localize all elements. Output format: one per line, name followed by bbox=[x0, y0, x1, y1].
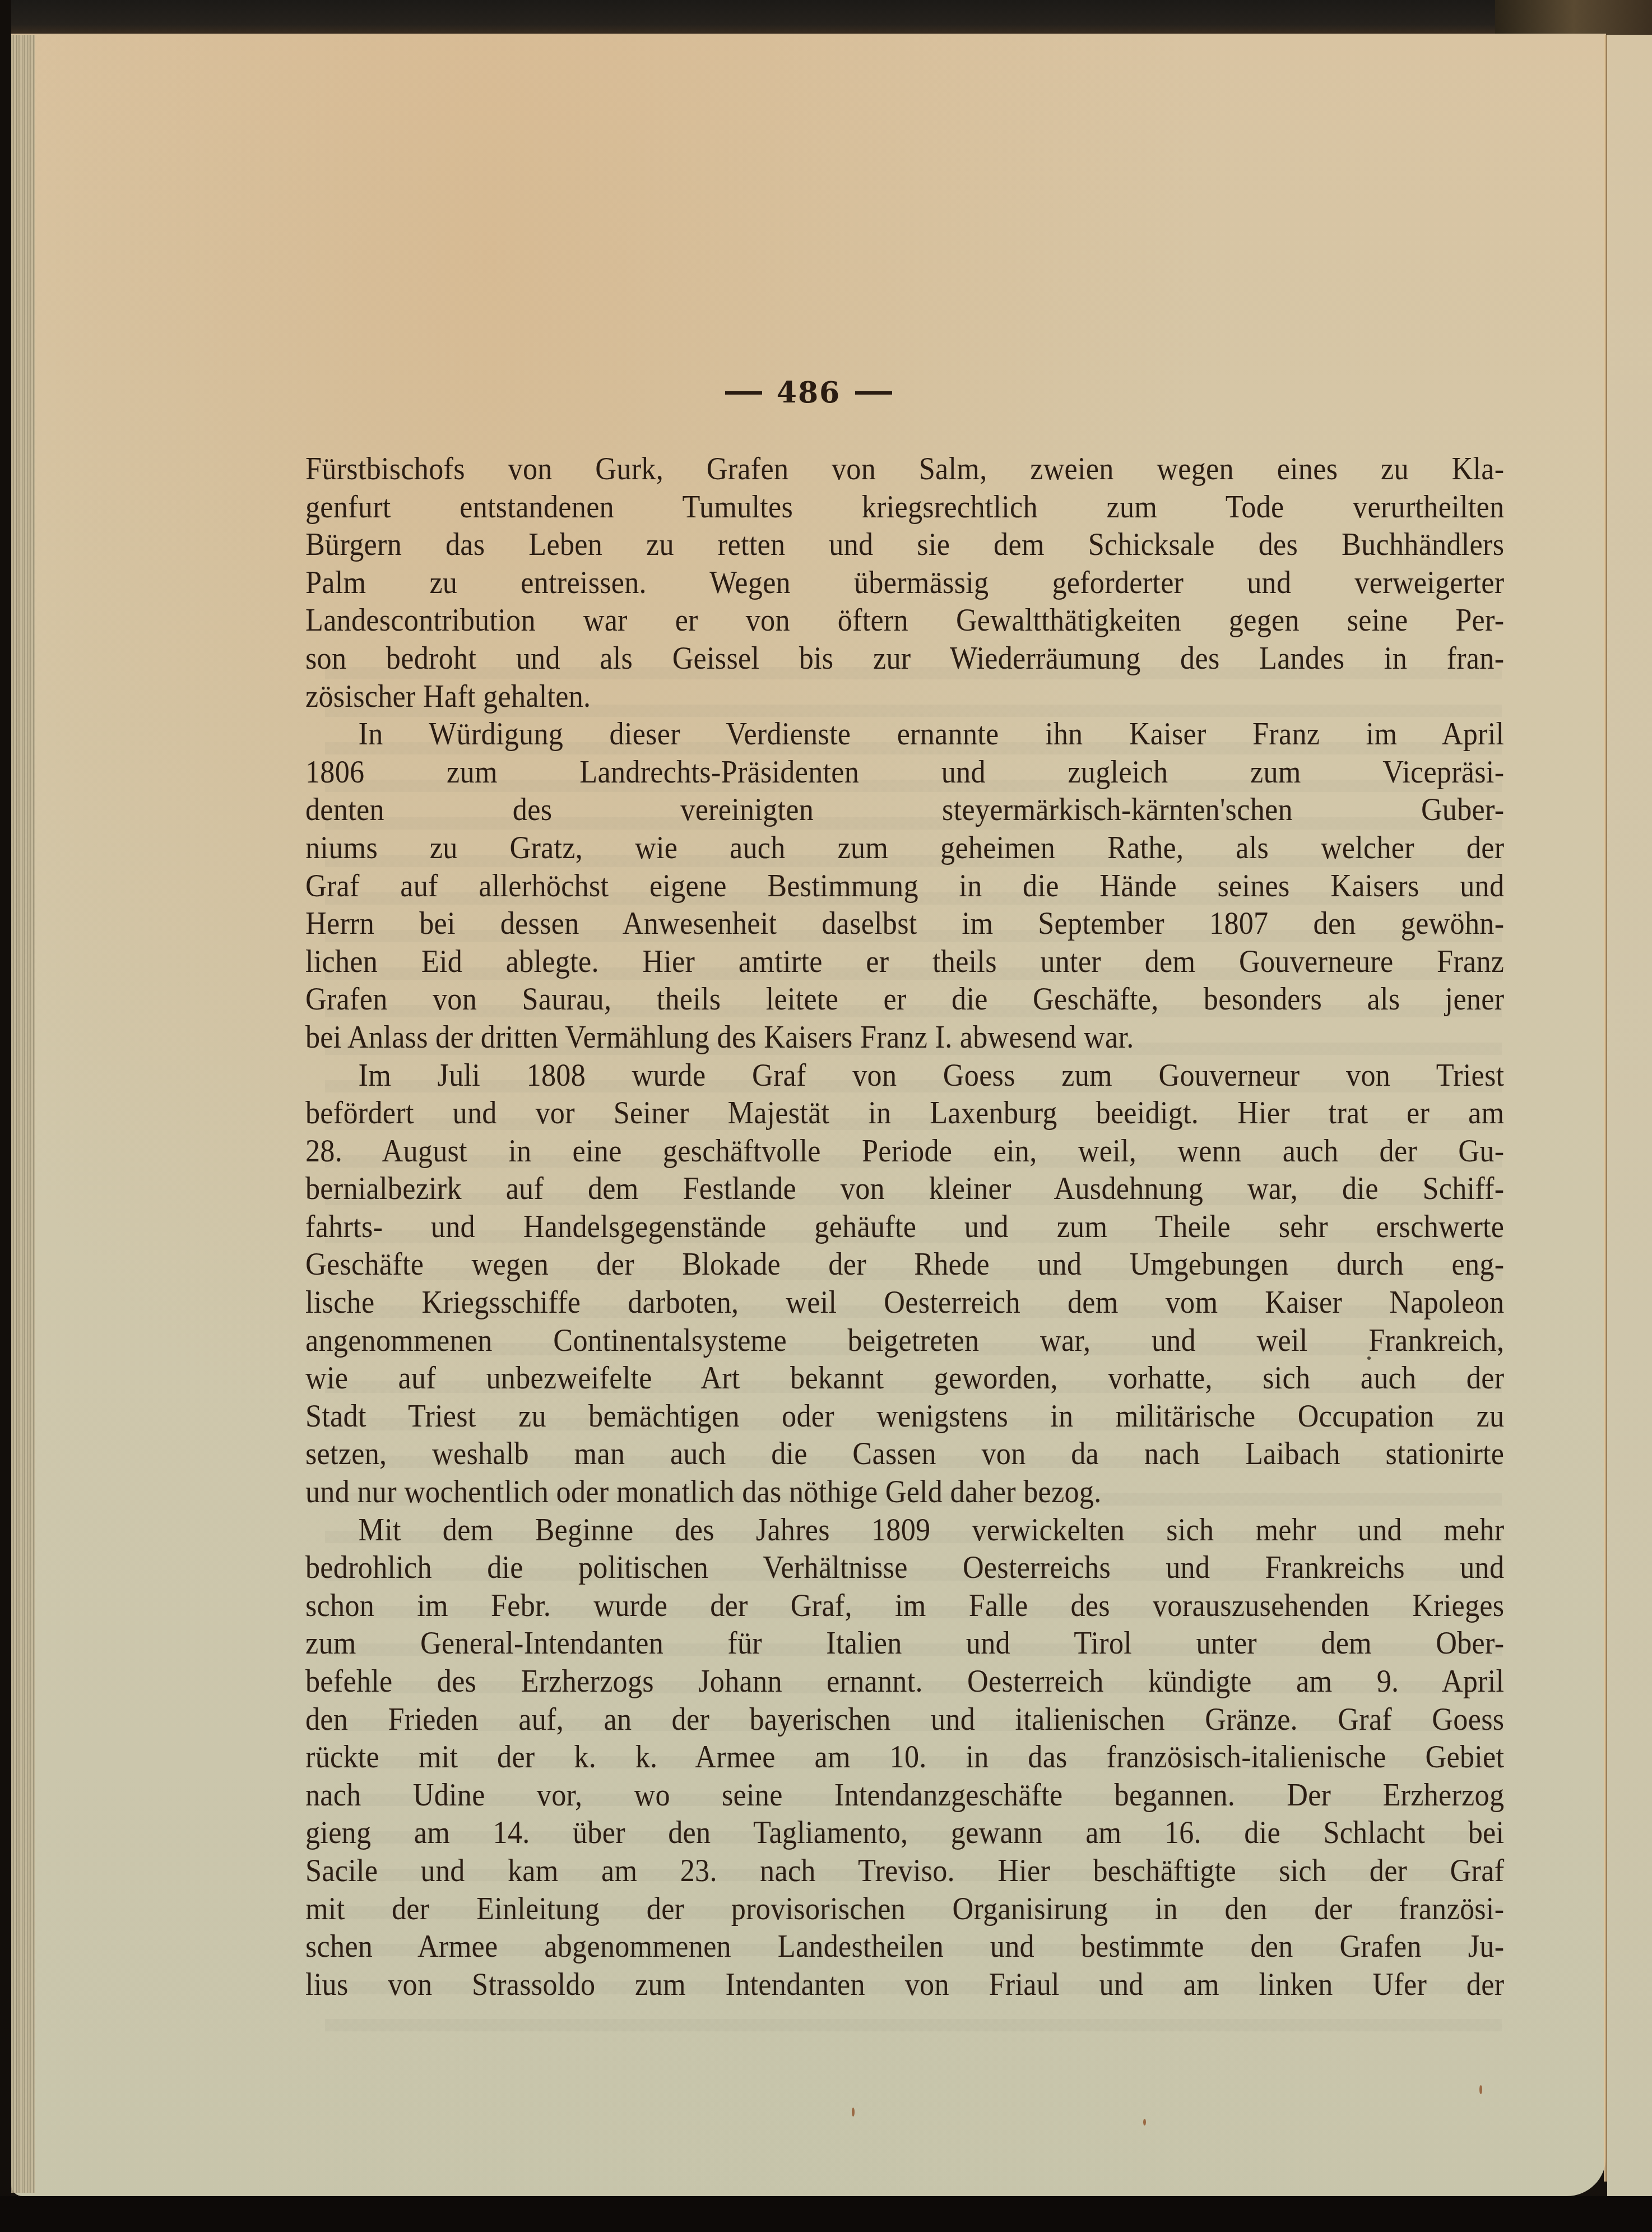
text-line: bedrohlich die politischen Verhältnisse … bbox=[305, 1548, 1504, 1586]
text-line: 28. August in eine geschäftvolle Periode… bbox=[305, 1132, 1504, 1170]
text-line: rückte mit der k. k. Armee am 10. in das… bbox=[305, 1738, 1504, 1776]
text-line: wie auf unbezweifelte Art bekannt geword… bbox=[305, 1359, 1504, 1397]
text-line-paragraph-start: Im Juli 1808 wurde Graf von Goess zum Go… bbox=[305, 1056, 1504, 1094]
text-line: den Frieden auf, an der bayerischen und … bbox=[305, 1700, 1504, 1738]
text-line: befördert und vor Seiner Majestät in Lax… bbox=[305, 1094, 1504, 1132]
adjacent-page bbox=[1607, 35, 1652, 2196]
page-edge-stack bbox=[11, 35, 35, 2193]
em-dash-left bbox=[725, 391, 762, 395]
text-line: befehle des Erzherzogs Johann ernannt. O… bbox=[305, 1662, 1504, 1700]
text-line: Stadt Triest zu bemächtigen oder wenigst… bbox=[305, 1397, 1504, 1435]
book-cover-top bbox=[0, 0, 1652, 35]
text-line: son bedroht und als Geissel bis zur Wied… bbox=[305, 639, 1504, 677]
paper-speck bbox=[852, 2108, 855, 2117]
paper-speck bbox=[1143, 2119, 1146, 2126]
page-number-header: 486 bbox=[11, 376, 1606, 410]
book-cover-top-right bbox=[1495, 0, 1652, 35]
text-line: lius von Strassoldo zum Intendanten von … bbox=[305, 1965, 1504, 2003]
text-line: setzen, weshalb man auch die Cassen von … bbox=[305, 1434, 1504, 1472]
text-line: Fürstbischofs von Gurk, Grafen von Salm,… bbox=[305, 450, 1504, 488]
text-line: Herrn bei dessen Anwesenheit daselbst im… bbox=[305, 904, 1504, 942]
text-line: genfurt entstandenen Tumultes kriegsrech… bbox=[305, 488, 1504, 526]
paper-speck bbox=[1479, 2085, 1482, 2094]
text-line: Landescontribution war er von öftern Gew… bbox=[305, 601, 1504, 639]
text-line: Palm zu entreissen. Wegen übermässig gef… bbox=[305, 563, 1504, 601]
page-number: 486 bbox=[777, 376, 841, 410]
text-line: lische Kriegsschiffe darboten, weil Oest… bbox=[305, 1283, 1504, 1321]
text-line: angenommenen Continentalsysteme beigetre… bbox=[305, 1321, 1504, 1359]
text-line: mit der Einleitung der provisorischen Or… bbox=[305, 1890, 1504, 1928]
text-line: nach Udine vor, wo seine Intendanzgeschä… bbox=[305, 1776, 1504, 1814]
text-line-paragraph-start: In Würdigung dieser Verdienste ernannte … bbox=[305, 715, 1504, 753]
paper-speck bbox=[1367, 1356, 1371, 1360]
text-line: fahrts- und Handelsgegenstände gehäufte … bbox=[305, 1207, 1504, 1245]
book-page: 486 Fürstbischofs von Gurk, Grafen von S… bbox=[11, 34, 1606, 2196]
text-line-paragraph-start: Mit dem Beginne des Jahres 1809 verwicke… bbox=[305, 1511, 1504, 1549]
text-line: 1806 zum Landrechts-Präsidenten und zugl… bbox=[305, 753, 1504, 791]
text-line: Grafen von Saurau, theils leitete er die… bbox=[305, 980, 1504, 1018]
text-line: bernialbezirk auf dem Festlande von klei… bbox=[305, 1169, 1504, 1207]
text-line-paragraph-end: zösischer Haft gehalten. bbox=[305, 677, 1504, 715]
text-line: Graf auf allerhöchst eigene Bestimmung i… bbox=[305, 867, 1504, 905]
text-line: zum General-Intendanten für Italien und … bbox=[305, 1624, 1504, 1662]
book-cover-bottom bbox=[0, 2196, 1652, 2232]
text-line: lichen Eid ablegte. Hier amtirte er thei… bbox=[305, 942, 1504, 980]
body-text: Fürstbischofs von Gurk, Grafen von Salm,… bbox=[305, 450, 1505, 2003]
text-line: Bürgern das Leben zu retten und sie dem … bbox=[305, 525, 1504, 563]
text-line: denten des vereinigten steyermärkisch-kä… bbox=[305, 790, 1504, 828]
text-line: niums zu Gratz, wie auch zum geheimen Ra… bbox=[305, 828, 1504, 867]
text-line: schen Armee abgenommenen Landestheilen u… bbox=[305, 1927, 1504, 1965]
em-dash-right bbox=[855, 391, 892, 395]
text-line: Sacile und kam am 23. nach Treviso. Hier… bbox=[305, 1851, 1504, 1890]
text-line-paragraph-end: und nur wochentlich oder monatlich das n… bbox=[305, 1472, 1504, 1511]
text-line-paragraph-end: bei Anlass der dritten Vermählung des Ka… bbox=[305, 1018, 1504, 1056]
page-gutter bbox=[1604, 35, 1607, 2182]
book-cover-left bbox=[0, 0, 11, 2232]
text-line: gieng am 14. über den Tagliamento, gewan… bbox=[305, 1813, 1504, 1851]
text-line: Geschäfte wegen der Blokade der Rhede un… bbox=[305, 1245, 1504, 1283]
text-line: schon im Febr. wurde der Graf, im Falle … bbox=[305, 1586, 1504, 1624]
